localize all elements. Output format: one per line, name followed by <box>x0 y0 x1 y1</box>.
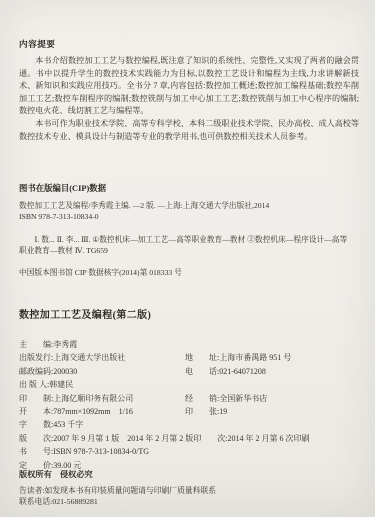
colophon-cell: 印 张:19 <box>185 405 365 418</box>
book-copyright-page: 内容提要 本书介绍数控加工工艺与数控编程,既注意了知识的系统性、完整性,又实现了… <box>0 0 375 517</box>
colophon-cell: 经 销:全国新华书店 <box>185 392 365 405</box>
summary-heading: 内容提要 <box>19 38 359 50</box>
colophon-cell: 电 话:021-64071208 <box>185 365 365 378</box>
colophon-row-edition: 版 次:2007 年 9 月第 1 版 2014 年 2 月第 2 版 印 次:… <box>19 432 365 445</box>
colophon-cell <box>185 418 365 431</box>
summary-paragraph-2: 本书可作为职业技术学院、高等专科学校、本科二级职业技术学院、民办高校、成人高校等… <box>19 118 359 143</box>
colophon-cell <box>185 338 365 351</box>
cip-heading: 图书在版编目(CIP)数据 <box>19 182 359 194</box>
colophon-cell: 出版发行:上海交通大学出版社 <box>19 351 185 364</box>
cip-record-number: 中国版本图书馆 CIP 数据核字(2014)第 018333 号 <box>19 268 359 279</box>
colophon-row-editor: 主 编:李秀霞 <box>19 338 365 351</box>
reader-note: 告读者:如发现本书有印装质量问题请与印刷厂质量科联系 <box>19 485 359 496</box>
colophon-cell: 版 次:2007 年 9 月第 1 版 2014 年 2 月第 2 版 <box>19 432 193 445</box>
cip-isbn: ISBN 978-7-313-10834-0 <box>19 212 359 223</box>
colophon-cell: 邮政编码:200030 <box>19 365 185 378</box>
colophon-cell <box>185 378 365 391</box>
cip-classification-line-1: Ⅰ. 数... Ⅱ. 李... Ⅲ. ①数控机床—加工工艺—高等职业教育—教材 … <box>19 235 359 246</box>
content-summary-section: 内容提要 本书介绍数控加工工艺与数控编程,既注意了知识的系统性、完整性,又实现了… <box>19 38 359 143</box>
colophon-cell <box>185 445 365 458</box>
contact-phone: 联系电话:021-56889281 <box>19 496 359 507</box>
colophon-cell: 书 号:ISBN 978-7-313-10834-0/TG <box>19 445 185 458</box>
colophon-cell: 印 制:上海亿顺印务有限公司 <box>19 392 185 405</box>
colophon-section: 数控加工工艺及编程(第二版) 主 编:李秀霞 出版发行:上海交通大学出版社 地 … <box>19 306 365 472</box>
colophon-row-publisher-person: 出 版 人:韩建民 <box>19 378 365 391</box>
colophon-row-format: 开 本:787mm×1092mm 1/16 印 张:19 <box>19 405 365 418</box>
cip-data-section: 图书在版编目(CIP)数据 数控加工工艺及编程/李秀霞主编. —2 版. —上海… <box>19 182 359 279</box>
colophon-row-postcode: 邮政编码:200030 电 话:021-64071208 <box>19 365 365 378</box>
colophon-cell: 开 本:787mm×1092mm 1/16 <box>19 405 185 418</box>
colophon-cell: 主 编:李秀霞 <box>19 338 185 351</box>
colophon-cell: 印 次:2014 年 2 月第 6 次印刷 <box>193 432 365 445</box>
colophon-row-printer: 印 制:上海亿顺印务有限公司 经 销:全国新华书店 <box>19 392 365 405</box>
colophon-row-isbn: 书 号:ISBN 978-7-313-10834-0/TG <box>19 445 365 458</box>
colophon-cell: 字 数:453 千字 <box>19 418 185 431</box>
copyright-footer: 版权所有 侵权必究 告读者:如发现本书有印装质量问题请与印刷厂质量科联系 联系电… <box>19 469 359 508</box>
colophon-row-wordcount: 字 数:453 千字 <box>19 418 365 431</box>
colophon-cell: 地 址:上海市番禺路 951 号 <box>185 351 365 364</box>
colophon-rows: 主 编:李秀霞 出版发行:上海交通大学出版社 地 址:上海市番禺路 951 号 … <box>19 338 365 472</box>
colophon-row-publisher: 出版发行:上海交通大学出版社 地 址:上海市番禺路 951 号 <box>19 351 365 364</box>
summary-paragraph-1: 本书介绍数控加工工艺与数控编程,既注意了知识的系统性、完整性,又实现了两者的融会… <box>19 55 359 118</box>
colophon-cell: 出 版 人:韩建民 <box>19 378 185 391</box>
copyright-notice: 版权所有 侵权必究 <box>19 469 359 480</box>
cip-classification-line-2: 职业教育—教材 Ⅳ. TG659 <box>19 246 359 257</box>
cip-title-line: 数控加工工艺及编程/李秀霞主编. —2 版. —上海:上海交通大学出版社,201… <box>19 201 359 212</box>
book-title: 数控加工工艺及编程(第二版) <box>19 306 365 321</box>
